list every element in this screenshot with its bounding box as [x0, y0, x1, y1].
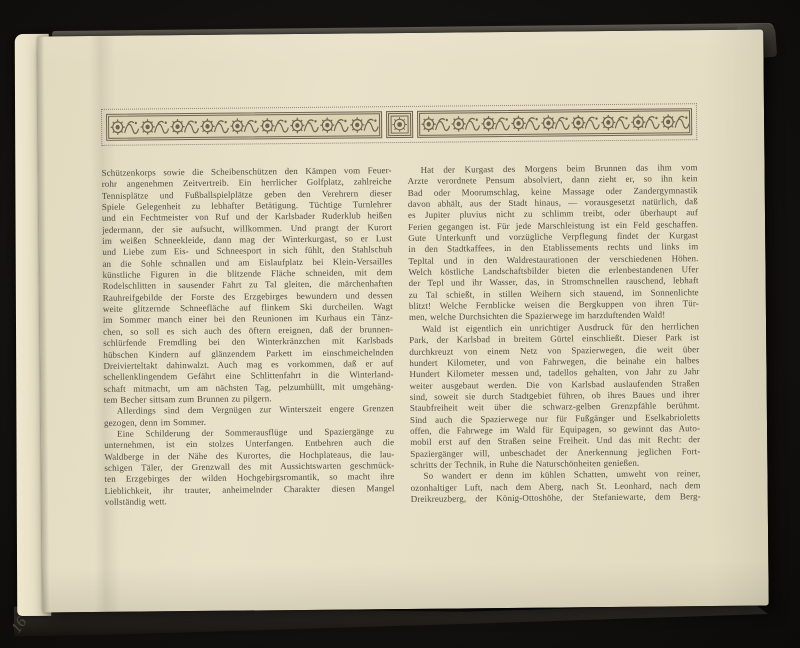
photo-background: 16	[0, 0, 800, 648]
two-column-text: Schützenkorps sowie die Scheibenschützen…	[102, 162, 701, 508]
book-page: Schützenkorps sowie die Scheibenschützen…	[37, 30, 768, 613]
page-content: Schützenkorps sowie die Scheibenschützen…	[101, 103, 701, 508]
text-line: Dreikreuzberg, der König-Ottoshöhe, der …	[411, 491, 701, 505]
text-column-left: Schützenkorps sowie die Scheibenschützen…	[102, 165, 395, 508]
floral-border-ornament	[101, 103, 697, 146]
floral-strip-left	[106, 111, 382, 141]
text-line: vollständig wett.	[105, 494, 395, 508]
floral-strip-right	[416, 108, 692, 138]
text-column-right: Hat der Kurgast des Morgens beim Brunnen…	[408, 162, 701, 505]
rosette-square-icon	[385, 111, 412, 138]
